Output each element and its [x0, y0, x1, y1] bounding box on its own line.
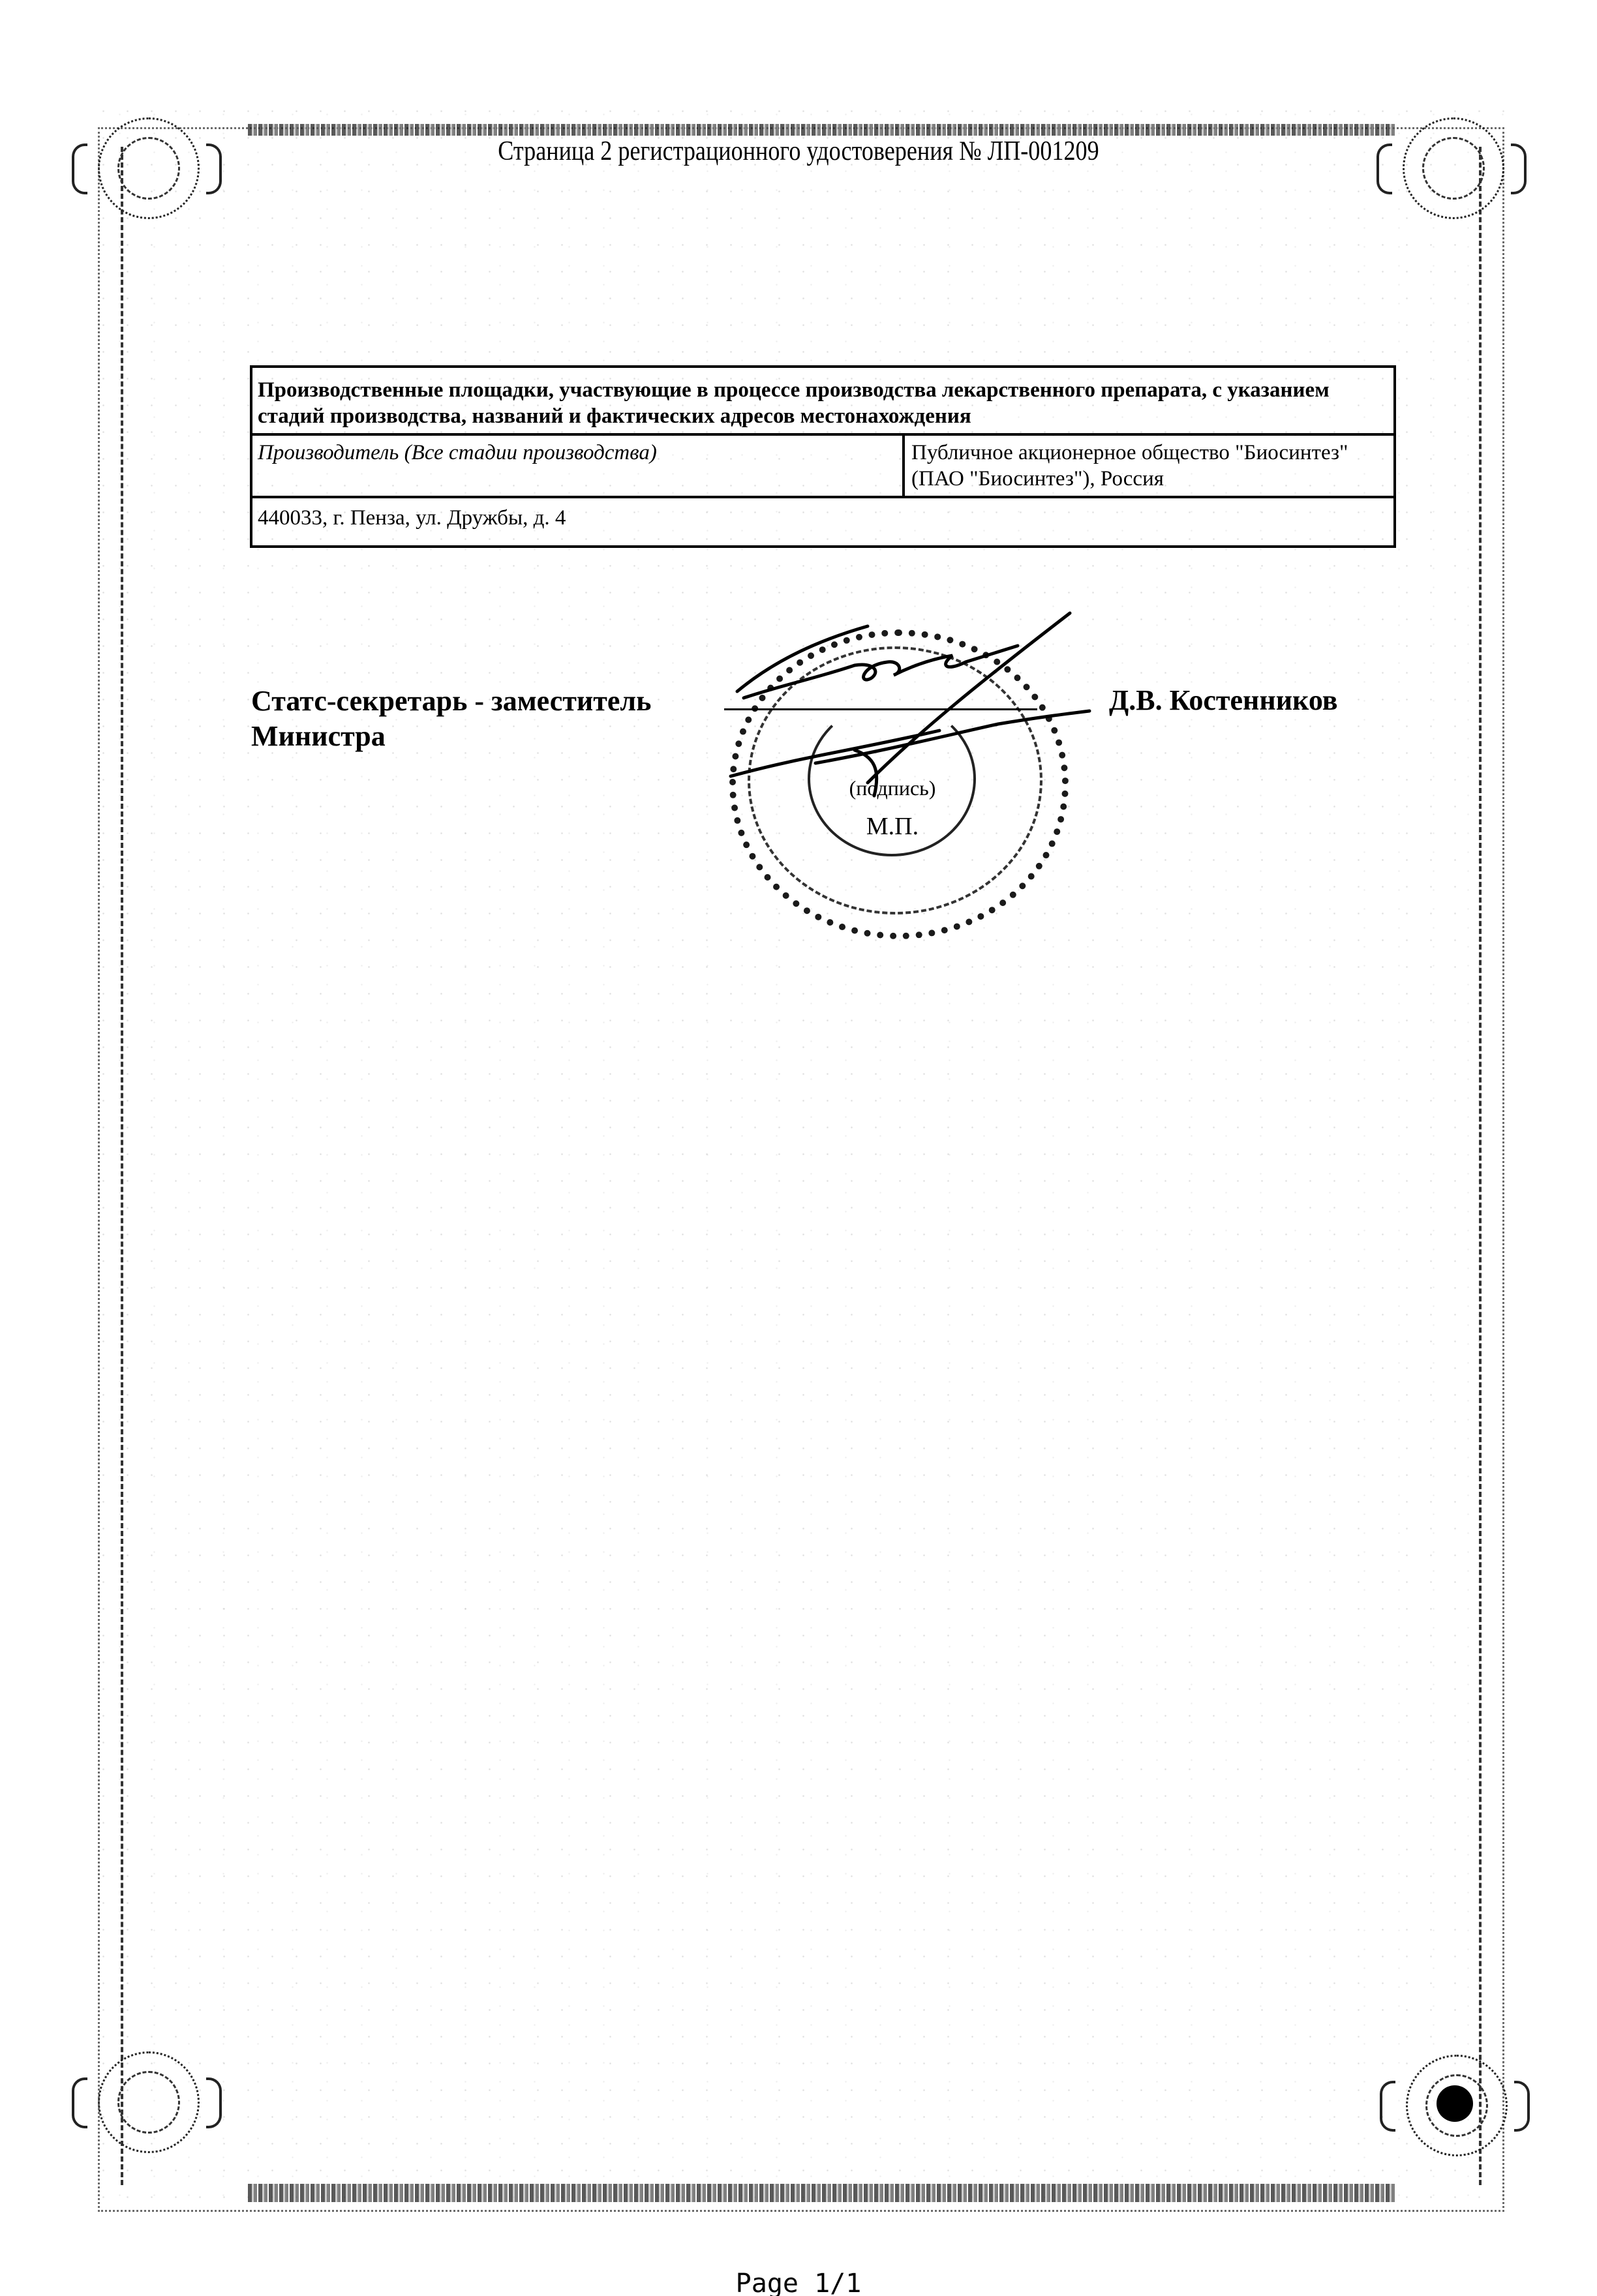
- decorative-border-top: [248, 124, 1396, 136]
- signatory-position: Статс-секретарь - заместитель Министра: [251, 684, 651, 754]
- handwritten-signature-icon: [724, 600, 1142, 835]
- manufacturer-role-cell: Производитель (Все стадии производства): [251, 434, 904, 497]
- table-row: 440033, г. Пенза, ул. Дружбы, д. 4: [251, 497, 1395, 547]
- rosette-ornament-icon: [72, 2025, 222, 2175]
- table-header-cell: Производственные площадки, участвующие в…: [251, 367, 1395, 434]
- manufacturer-address-cell: 440033, г. Пенза, ул. Дружбы, д. 4: [251, 497, 1395, 547]
- rosette-ornament-icon: [1380, 2029, 1530, 2179]
- decorative-border-bottom: [248, 2184, 1396, 2202]
- manufacturer-organization-cell: Публичное акционерное общество "Биосинте…: [904, 434, 1395, 497]
- page-title: Страница 2 регистрационного удостоверени…: [112, 136, 1485, 167]
- signatory-position-line1: Статс-секретарь - заместитель: [251, 684, 651, 719]
- production-sites-table: Производственные площадки, участвующие в…: [250, 365, 1396, 548]
- signatory-position-line2: Министра: [251, 719, 651, 754]
- page-indicator: Page 1/1: [0, 2269, 1597, 2296]
- signatory-name: Д.В. Костенников: [1109, 684, 1338, 717]
- table-header-row: Производственные площадки, участвующие в…: [251, 367, 1395, 434]
- table-row: Производитель (Все стадии производства) …: [251, 434, 1395, 497]
